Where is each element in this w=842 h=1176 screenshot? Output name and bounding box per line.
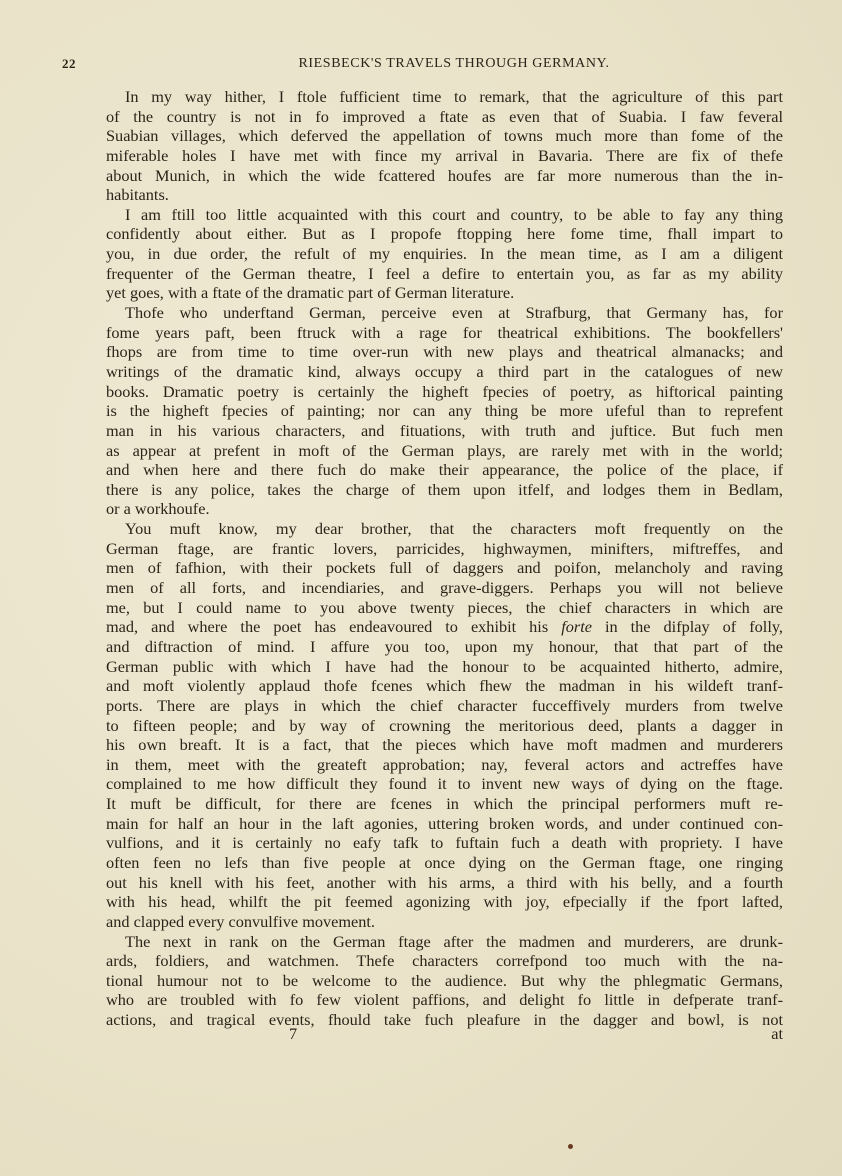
text-line: It muft be difficult, for there are fcen…	[106, 794, 783, 814]
text-line: and moft violently applaud thofe fcenes …	[106, 676, 783, 696]
text-line: fome years paft, been ftruck with a rage…	[106, 323, 783, 343]
text-line: tional humour not to be welcome to the a…	[106, 971, 783, 991]
text-line: men of fafhion, with their pockets full …	[106, 558, 783, 578]
text-line: vulfions, and it is certainly no eafy ta…	[106, 833, 783, 853]
page-footer: 7 at	[106, 1024, 783, 1046]
text-line: main for half an hour in the laft agonie…	[106, 814, 783, 834]
text-line: fhops are from time to time over-run wit…	[106, 342, 783, 362]
catchword: at	[771, 1024, 783, 1044]
text-line: to fifteen people; and by way of crownin…	[106, 716, 783, 736]
italic-word: forte	[561, 617, 592, 636]
running-head: RIESBECK'S TRAVELS THROUGH GERMANY.	[204, 56, 704, 72]
text-line: men of all forts, and incendiaries, and …	[106, 578, 783, 598]
text-line: ports. There are plays in which the chie…	[106, 696, 783, 716]
text-line: in them, meet with the greateft approbat…	[106, 755, 783, 775]
text-line: In my way hither, I ftole fufficient tim…	[106, 87, 783, 107]
text-line: habitants.	[106, 185, 783, 205]
text-line: writings of the dramatic kind, always oc…	[106, 362, 783, 382]
text-line: yet goes, with a ftate of the dramatic p…	[106, 283, 783, 303]
text-line: German public with which I have had the …	[106, 657, 783, 677]
text-line: mad, and where the poet has endeavoured …	[106, 617, 783, 637]
ink-spot	[568, 1144, 573, 1149]
text-line: with his head, whilft the pit feemed ago…	[106, 892, 783, 912]
text-line: frequenter of the German theatre, I feel…	[106, 264, 783, 284]
text-line: and diftraction of mind. I affure you to…	[106, 637, 783, 657]
signature-mark: 7	[289, 1024, 297, 1044]
text-line: books. Dramatic poetry is certainly the …	[106, 382, 783, 402]
text-line: I am ftill too little acquainted with th…	[106, 205, 783, 225]
text-line: me, but I could name to you above twenty…	[106, 598, 783, 618]
text-line: or a workhoufe.	[106, 499, 783, 519]
text-line: is the higheft fpecies of painting; nor …	[106, 401, 783, 421]
text-line: about Munich, in which the wide fcattere…	[106, 166, 783, 186]
text-line: of the country is not in fo improved a f…	[106, 107, 783, 127]
text-line: confidently about either. But as I propo…	[106, 224, 783, 244]
text-line: The next in rank on the German ftage aft…	[106, 932, 783, 952]
text-line: German ftage, are frantic lovers, parric…	[106, 539, 783, 559]
text-line: you, in due order, the refult of my enqu…	[106, 244, 783, 264]
text-line: Suabian villages, which deferved the app…	[106, 126, 783, 146]
text-line: as appear at prefent in moft of the Germ…	[106, 441, 783, 461]
text-line: ards, foldiers, and watchmen. Thefe char…	[106, 951, 783, 971]
text-line: often feen no lefs than five people at o…	[106, 853, 783, 873]
text-line: miferable holes I have met with fince my…	[106, 146, 783, 166]
text-line: his own breaft. It is a fact, that the p…	[106, 735, 783, 755]
text-line: man in his various characters, and fitua…	[106, 421, 783, 441]
text-line: and clapped every convulfive movement.	[106, 912, 783, 932]
page-header: 22 RIESBECK'S TRAVELS THROUGH GERMANY.	[62, 56, 782, 76]
text-line: out his knell with his feet, another wit…	[106, 873, 783, 893]
text-line: who are troubled with fo few violent paf…	[106, 990, 783, 1010]
page-number: 22	[62, 56, 76, 72]
text-line: You muft know, my dear brother, that the…	[106, 519, 783, 539]
text-line: Thofe who underftand German, perceive ev…	[106, 303, 783, 323]
text-line: complained to me how difficult they foun…	[106, 774, 783, 794]
body-text: In my way hither, I ftole fufficient tim…	[106, 87, 783, 1030]
text-line: and when here and there fuch do make the…	[106, 460, 783, 480]
text-line: there is any police, takes the charge of…	[106, 480, 783, 500]
